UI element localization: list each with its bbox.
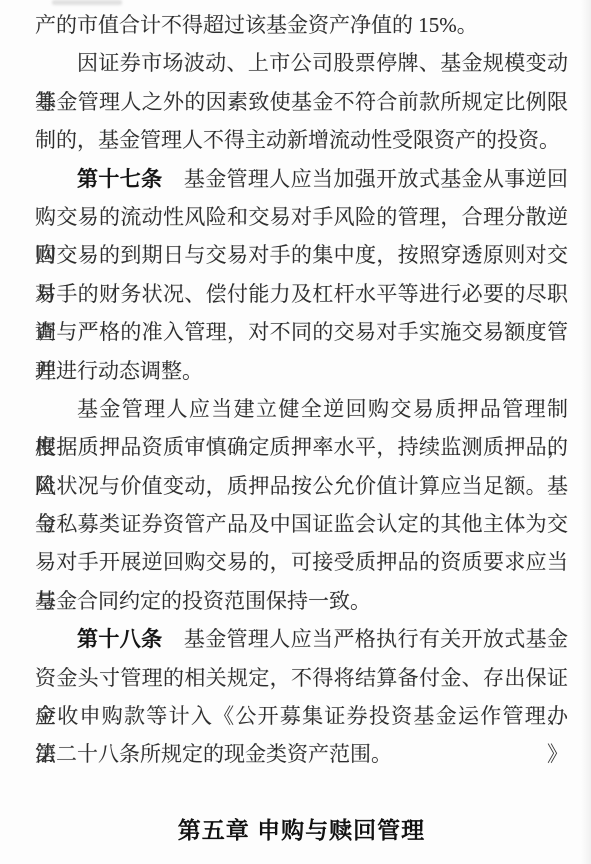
text-line: 基金合同约定的投资范围保持一致。 (35, 582, 568, 620)
body-lines-container: 产的市值合计不得超过该基金资产净值的 15%。因证券市场波动、上市公司股票停牌、… (35, 6, 568, 774)
text-line: 应收申购款等计入《公开募集证券投资基金运作管理办法》 (35, 697, 568, 735)
text-line: 资金头寸管理的相关规定，不得将结算备付金、存出保证金、 (35, 659, 568, 697)
text-segment: 基金合同约定的投资范围保持一致。 (35, 589, 371, 613)
scan-edge-shading (581, 0, 591, 864)
text-line: 因证券市场波动、上市公司股票停牌、基金规模变动等 (35, 44, 568, 82)
article-number: 第十八条 (77, 627, 162, 651)
text-line: 购交易的流动性风险和交易对手风险的管理，合理分散逆回 (35, 198, 568, 236)
text-line: 险状况与价值变动，质押品按公允价值计算应当足额。基金 (35, 467, 568, 505)
text-line: 对手的财务状况、偿付能力及杠杆水平等进行必要的尽职调 (35, 275, 568, 313)
text-line: 产的市值合计不得超过该基金资产净值的 15%。 (35, 6, 568, 44)
document-body: 产的市值合计不得超过该基金资产净值的 15%。因证券市场波动、上市公司股票停牌、… (35, 6, 568, 849)
text-line: 基金管理人之外的因素致使基金不符合前款所规定比例限 (35, 83, 568, 121)
text-line: 制的，基金管理人不得主动新增流动性受限资产的投资。 (35, 121, 568, 159)
article-number: 第十七条 (77, 167, 162, 191)
text-line: 购交易的到期日与交易对手的集中度，按照穿透原则对交易 (35, 236, 568, 274)
text-segment: 基金管理人应当严格执行有关开放式基金 (162, 627, 568, 651)
text-line: 第十八条 基金管理人应当严格执行有关开放式基金 (35, 620, 568, 658)
scan-smudge-artifact (52, 0, 122, 5)
text-segment: 并进行动态调整。 (35, 359, 203, 383)
text-segment: 基金管理人之外的因素致使基金不符合前款所规定比例限 (35, 90, 568, 114)
chapter-heading: 第五章 申购与赎回管理 (35, 811, 568, 849)
text-line: 易对手开展逆回购交易的，可接受质押品的资质要求应当与 (35, 543, 568, 581)
text-segment: 基金管理人应当加强开放式基金从事逆回 (162, 167, 568, 191)
text-segment: 与私募类证券资管产品及中国证监会认定的其他主体为交 (35, 512, 568, 536)
text-line: 并进行动态调整。 (35, 352, 568, 390)
document-page: 产的市值合计不得超过该基金资产净值的 15%。因证券市场波动、上市公司股票停牌、… (0, 0, 591, 864)
text-line: 查与严格的准入管理，对不同的交易对手实施交易额度管理 (35, 313, 568, 351)
text-line: 根据质押品资质审慎确定质押率水平，持续监测质押品的风 (35, 428, 568, 466)
text-line: 基金管理人应当建立健全逆回购交易质押品管理制度， (35, 390, 568, 428)
text-segment: 第二十八条所规定的现金类资产范围。 (35, 742, 392, 766)
text-segment: 产的市值合计不得超过该基金资产净值的 15%。 (35, 13, 478, 37)
text-segment: 制的，基金管理人不得主动新增流动性受限资产的投资。 (35, 128, 560, 152)
text-line: 第十七条 基金管理人应当加强开放式基金从事逆回 (35, 160, 568, 198)
text-line: 与私募类证券资管产品及中国证监会认定的其他主体为交 (35, 505, 568, 543)
